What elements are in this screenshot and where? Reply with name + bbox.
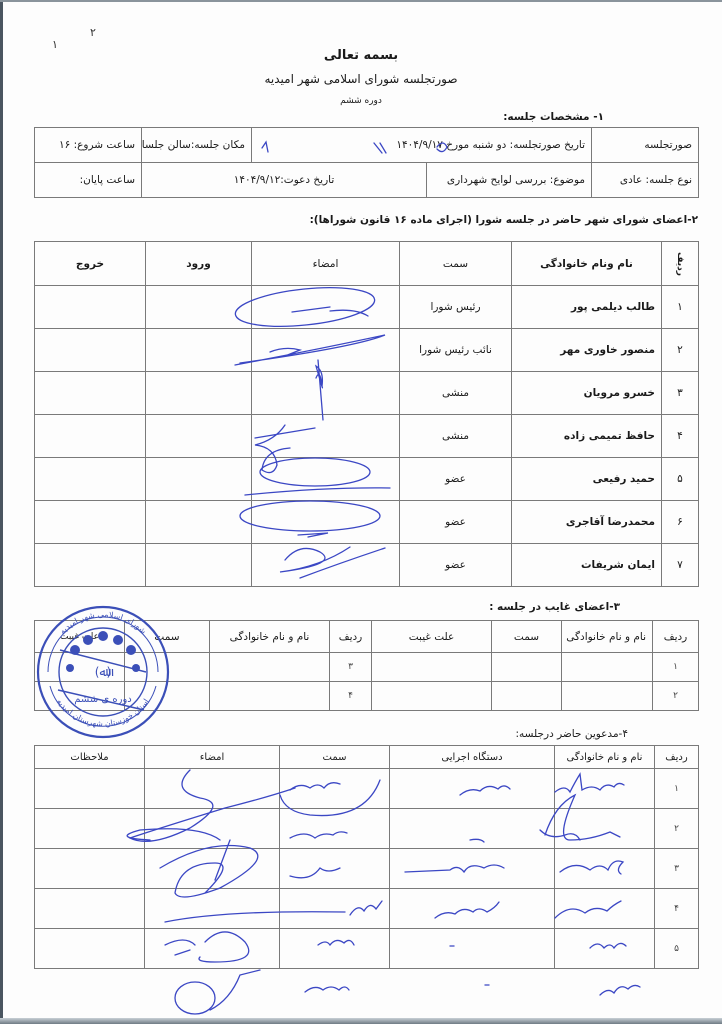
- col-row-no: ردیف: [330, 621, 372, 653]
- entry-time: [146, 372, 252, 415]
- absent-role: [492, 653, 562, 682]
- member-role: عضو: [400, 544, 512, 587]
- col-full-name: نام ونام خانوادگی: [512, 242, 662, 286]
- start-time: ساعت شروع: ۱۶: [35, 128, 142, 163]
- scan-edge-left: [0, 0, 3, 1024]
- exit-time: [35, 544, 146, 587]
- invitee-name: [555, 769, 655, 809]
- table-row: ۵ حمید رفیعی عضو: [35, 458, 699, 501]
- absence-reason: [35, 653, 125, 682]
- col-row-no: ردیف: [662, 242, 699, 286]
- invitee-signature: [145, 849, 280, 889]
- row-no: ۴: [330, 682, 372, 711]
- row-no: ۵: [655, 929, 699, 969]
- document-title: صورتجلسه شورای اسلامی شهر امیدیه: [0, 72, 722, 86]
- table-row: ۲ منصور خاوری مهر نائب رئیس شورا: [35, 329, 699, 372]
- section2-title: ۲-اعضای شورای شهر حاضر در جلسه شورا (اجر…: [310, 214, 698, 226]
- member-role: منشی: [400, 372, 512, 415]
- col-row-no: ردیف: [653, 621, 699, 653]
- col-absence-reason: علت غیبت: [372, 621, 492, 653]
- member-signature: [252, 372, 400, 415]
- row-no: ۷: [662, 544, 699, 587]
- col-signature: امضاء: [145, 746, 280, 769]
- col-absence-reason: علت غیبت: [35, 621, 125, 653]
- invitee-role: [280, 769, 390, 809]
- table-row: ۵: [35, 929, 699, 969]
- invitee-agency: [390, 849, 555, 889]
- col-role: سمت: [492, 621, 562, 653]
- member-role: رئیس شورا: [400, 286, 512, 329]
- absence-reason: [372, 653, 492, 682]
- member-name: طالب دیلمی پور: [512, 286, 662, 329]
- invitee-remarks: [35, 809, 145, 849]
- minutes-date: تاریخ صورتجلسه: دو شنبه مورخ ۱۴۰۴/۹/۱۷: [252, 128, 592, 163]
- absent-name: [210, 682, 330, 711]
- invitee-role: [280, 849, 390, 889]
- invitee-agency: [390, 769, 555, 809]
- members-present-table: ردیف نام ونام خانوادگی سمت امضاء ورود خر…: [34, 241, 699, 587]
- exit-time: [35, 286, 146, 329]
- row-no: ۳: [662, 372, 699, 415]
- member-signature: [252, 544, 400, 587]
- invitee-role: [280, 809, 390, 849]
- member-role: منشی: [400, 415, 512, 458]
- end-time: ساعت پایان:: [35, 163, 142, 198]
- invitee-name: [555, 889, 655, 929]
- minutes-label: صورتجلسه: [592, 128, 699, 163]
- row-no: ۳: [330, 653, 372, 682]
- table-row: ۱: [35, 769, 699, 809]
- row-no: ۱: [653, 653, 699, 682]
- row-no: ۲: [662, 329, 699, 372]
- table-row: ۴: [35, 889, 699, 929]
- entry-time: [146, 458, 252, 501]
- absent-name: [210, 653, 330, 682]
- col-role: سمت: [280, 746, 390, 769]
- absence-reason: [372, 682, 492, 711]
- absent-role: [125, 682, 210, 711]
- absent-name: [562, 653, 653, 682]
- invitee-remarks: [35, 849, 145, 889]
- member-name: خسرو مرویان: [512, 372, 662, 415]
- row-no: ۴: [662, 415, 699, 458]
- scan-edge-bottom: [0, 1018, 722, 1024]
- invitee-signature: [145, 769, 280, 809]
- col-signature: امضاء: [252, 242, 400, 286]
- table-row: نوع جلسه: عادی موضوع: بررسی لوایح شهردار…: [35, 163, 699, 198]
- invitee-agency: [390, 809, 555, 849]
- invitee-agency: [390, 889, 555, 929]
- absent-name: [562, 682, 653, 711]
- col-full-name: نام و نام خانوادگی: [555, 746, 655, 769]
- corner-mark: ۲: [90, 26, 96, 39]
- table-row: ۶ محمدرضا آقاجری عضو: [35, 501, 699, 544]
- entry-time: [146, 415, 252, 458]
- table-header-row: ردیف نام ونام خانوادگی سمت امضاء ورود خر…: [35, 242, 699, 286]
- entry-time: [146, 544, 252, 587]
- meeting-subject: موضوع: بررسی لوایح شهرداری: [427, 163, 592, 198]
- table-row: ۱ ۳: [35, 653, 699, 682]
- scan-edge-top: [0, 0, 722, 2]
- section4-title: ۴-مدعوین حاضر درجلسه:: [516, 728, 629, 740]
- member-name: حافظ تمیمی زاده: [512, 415, 662, 458]
- table-header-row: ردیف نام و نام خانوادگی دستگاه اجرایی سم…: [35, 746, 699, 769]
- col-full-name: نام و نام خانوادگی: [210, 621, 330, 653]
- entry-time: [146, 501, 252, 544]
- row-no: ۱: [655, 769, 699, 809]
- member-role: عضو: [400, 458, 512, 501]
- table-header-row: ردیف نام و نام خانوادگی سمت علت غیبت ردی…: [35, 621, 699, 653]
- session-type: نوع جلسه: عادی: [592, 163, 699, 198]
- col-full-name: نام و نام خانوادگی: [562, 621, 653, 653]
- col-agency: دستگاه اجرایی: [390, 746, 555, 769]
- member-name: حمید رفیعی: [512, 458, 662, 501]
- col-exit: خروج: [35, 242, 146, 286]
- section1-title: ۱- مشخصات جلسه:: [503, 111, 604, 123]
- col-remarks: ملاحظات: [35, 746, 145, 769]
- table-row: صورتجلسه تاریخ صورتجلسه: دو شنبه مورخ ۱۴…: [35, 128, 699, 163]
- row-no: ۵: [662, 458, 699, 501]
- exit-time: [35, 501, 146, 544]
- absent-members-table: ردیف نام و نام خانوادگی سمت علت غیبت ردی…: [34, 620, 699, 711]
- invitee-remarks: [35, 889, 145, 929]
- member-signature: [252, 286, 400, 329]
- section3-title: ۳-اعضای غایب در جلسه :: [489, 601, 620, 613]
- invocation-heading: بسمه تعالی: [0, 48, 722, 63]
- invitee-name: [555, 929, 655, 969]
- exit-time: [35, 458, 146, 501]
- col-entry: ورود: [146, 242, 252, 286]
- meeting-venue: مکان جلسه:سالن جلسات شورا: [142, 128, 252, 163]
- table-row: ۳: [35, 849, 699, 889]
- member-name: ایمان شریفات: [512, 544, 662, 587]
- entry-time: [146, 329, 252, 372]
- row-no: ۲: [655, 809, 699, 849]
- absence-reason: [35, 682, 125, 711]
- col-role: سمت: [400, 242, 512, 286]
- invitee-name: [555, 849, 655, 889]
- member-name: منصور خاوری مهر: [512, 329, 662, 372]
- member-name: محمدرضا آقاجری: [512, 501, 662, 544]
- invitee-signature: [145, 929, 280, 969]
- row-no: ۴: [655, 889, 699, 929]
- invitee-agency: [390, 929, 555, 969]
- table-row: ۲: [35, 809, 699, 849]
- member-signature: [252, 329, 400, 372]
- table-row: ۲ ۴: [35, 682, 699, 711]
- member-role: نائب رئیس شورا: [400, 329, 512, 372]
- entry-time: [146, 286, 252, 329]
- table-row: ۴ حافظ تمیمی زاده منشی: [35, 415, 699, 458]
- row-no: ۳: [655, 849, 699, 889]
- invitees-table: ردیف نام و نام خانوادگی دستگاه اجرایی سم…: [34, 745, 699, 969]
- invitee-role: [280, 929, 390, 969]
- invitee-signature: [145, 889, 280, 929]
- absent-role: [125, 653, 210, 682]
- invitee-signature: [145, 809, 280, 849]
- absent-role: [492, 682, 562, 711]
- invitee-remarks: [35, 769, 145, 809]
- invitee-name: [555, 809, 655, 849]
- member-signature: [252, 458, 400, 501]
- table-row: ۳ خسرو مرویان منشی: [35, 372, 699, 415]
- col-role: سمت: [125, 621, 210, 653]
- invitation-date: تاریخ دعوت:۱۴۰۴/۹/۱۲: [142, 163, 427, 198]
- member-signature: [252, 415, 400, 458]
- row-no: ۱: [662, 286, 699, 329]
- member-signature: [252, 501, 400, 544]
- row-no: ۶: [662, 501, 699, 544]
- member-role: عضو: [400, 501, 512, 544]
- meeting-specs-table: صورتجلسه تاریخ صورتجلسه: دو شنبه مورخ ۱۴…: [34, 127, 699, 198]
- row-no: ۲: [653, 682, 699, 711]
- exit-time: [35, 372, 146, 415]
- exit-time: [35, 415, 146, 458]
- exit-time: [35, 329, 146, 372]
- table-row: ۱ طالب دیلمی پور رئیس شورا: [35, 286, 699, 329]
- col-row-no: ردیف: [655, 746, 699, 769]
- table-row: ۷ ایمان شریفات عضو: [35, 544, 699, 587]
- council-term: دوره ششم: [0, 96, 722, 106]
- invitee-remarks: [35, 929, 145, 969]
- invitee-role: [280, 889, 390, 929]
